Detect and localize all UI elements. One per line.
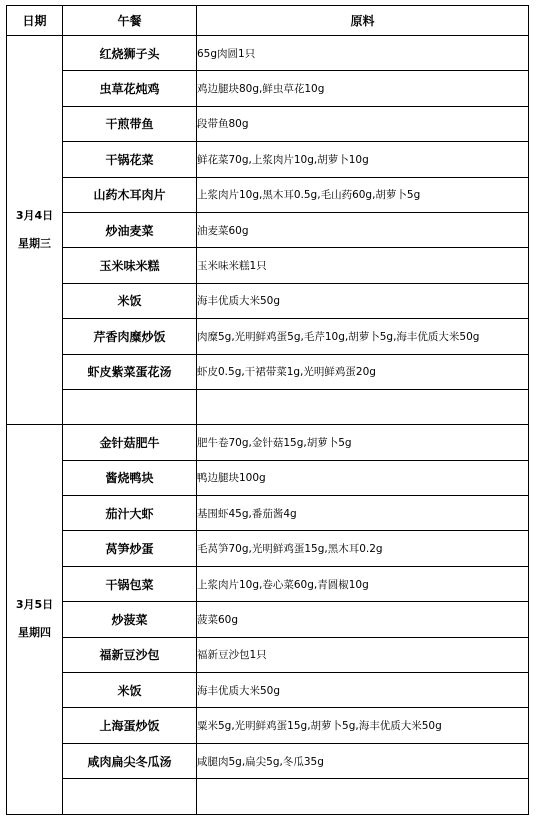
dish-name: 炒油麦菜	[63, 212, 197, 247]
table-row: 虫草花炖鸡鸡边腿块80g,鲜虫草花10g	[7, 71, 529, 106]
ingredients	[197, 389, 529, 424]
dish-name: 山药木耳肉片	[63, 177, 197, 212]
header-lunch: 午餐	[63, 6, 197, 36]
dish-name: 芹香肉糜炒饭	[63, 319, 197, 354]
date-label: 3月5日	[7, 591, 62, 619]
ingredients: 基围虾45g,番茄酱4g	[197, 496, 529, 531]
ingredients: 玉米味米糕1只	[197, 248, 529, 283]
dish-name: 干锅花菜	[63, 142, 197, 177]
dish-name: 金针菇肥牛	[63, 425, 197, 460]
ingredients: 65g肉圆1只	[197, 36, 529, 71]
dish-name: 炒菠菜	[63, 602, 197, 637]
table-row: 米饭海丰优质大米50g	[7, 283, 529, 318]
ingredients: 毛莴笋70g,光明鲜鸡蛋15g,黑木耳0.2g	[197, 531, 529, 566]
dish-name: 上海蛋炒饭	[63, 708, 197, 743]
table-row	[7, 389, 529, 424]
dish-name: 玉米味米糕	[63, 248, 197, 283]
table-row: 3月5日星期四金针菇肥牛肥牛卷70g,金针菇15g,胡萝卜5g	[7, 425, 529, 460]
table-row: 福新豆沙包福新豆沙包1只	[7, 637, 529, 672]
dish-name: 米饭	[63, 673, 197, 708]
dish-name: 茄汁大虾	[63, 496, 197, 531]
weekday-label: 星期三	[7, 230, 62, 258]
table-row: 芹香肉糜炒饭肉糜5g,光明鲜鸡蛋5g,毛芹10g,胡萝卜5g,海丰优质大米50g	[7, 319, 529, 354]
table-row: 咸肉扁尖冬瓜汤咸腿肉5g,扁尖5g,冬瓜35g	[7, 743, 529, 778]
menu-body: 3月4日星期三红烧狮子头65g肉圆1只虫草花炖鸡鸡边腿块80g,鲜虫草花10g干…	[7, 36, 529, 815]
table-row: 茄汁大虾基围虾45g,番茄酱4g	[7, 496, 529, 531]
ingredients	[197, 779, 529, 814]
ingredients: 鸡边腿块80g,鲜虫草花10g	[197, 71, 529, 106]
dish-name: 咸肉扁尖冬瓜汤	[63, 743, 197, 778]
dish-name: 虾皮紫菜蛋花汤	[63, 354, 197, 389]
dish-name: 干锅包菜	[63, 566, 197, 601]
date-cell: 3月5日星期四	[7, 425, 63, 814]
ingredients: 虾皮0.5g,干裙带菜1g,光明鲜鸡蛋20g	[197, 354, 529, 389]
ingredients: 肉糜5g,光明鲜鸡蛋5g,毛芹10g,胡萝卜5g,海丰优质大米50g	[197, 319, 529, 354]
dish-name: 莴笋炒蛋	[63, 531, 197, 566]
table-row: 莴笋炒蛋毛莴笋70g,光明鲜鸡蛋15g,黑木耳0.2g	[7, 531, 529, 566]
table-row: 3月4日星期三红烧狮子头65g肉圆1只	[7, 36, 529, 71]
table-row: 干煎带鱼段带鱼80g	[7, 106, 529, 141]
table-row: 虾皮紫菜蛋花汤虾皮0.5g,干裙带菜1g,光明鲜鸡蛋20g	[7, 354, 529, 389]
dish-name	[63, 779, 197, 814]
date-label: 3月4日	[7, 202, 62, 230]
ingredients: 肥牛卷70g,金针菇15g,胡萝卜5g	[197, 425, 529, 460]
dish-name: 干煎带鱼	[63, 106, 197, 141]
ingredients: 段带鱼80g	[197, 106, 529, 141]
ingredients: 咸腿肉5g,扁尖5g,冬瓜35g	[197, 743, 529, 778]
ingredients: 福新豆沙包1只	[197, 637, 529, 672]
table-row: 干锅包菜上浆肉片10g,卷心菜60g,青圆椒10g	[7, 566, 529, 601]
dish-name: 米饭	[63, 283, 197, 318]
header-row: 日期 午餐 原料	[7, 6, 529, 36]
ingredients: 上浆肉片10g,卷心菜60g,青圆椒10g	[197, 566, 529, 601]
weekday-label: 星期四	[7, 619, 62, 647]
table-row	[7, 779, 529, 814]
ingredients: 鸭边腿块100g	[197, 460, 529, 495]
header-date: 日期	[7, 6, 63, 36]
ingredients: 海丰优质大米50g	[197, 283, 529, 318]
ingredients: 粟米5g,光明鲜鸡蛋15g,胡萝卜5g,海丰优质大米50g	[197, 708, 529, 743]
lunch-menu-table: 日期 午餐 原料 3月4日星期三红烧狮子头65g肉圆1只虫草花炖鸡鸡边腿块80g…	[6, 5, 529, 815]
table-row: 上海蛋炒饭粟米5g,光明鲜鸡蛋15g,胡萝卜5g,海丰优质大米50g	[7, 708, 529, 743]
ingredients: 上浆肉片10g,黑木耳0.5g,毛山药60g,胡萝卜5g	[197, 177, 529, 212]
dish-name	[63, 389, 197, 424]
ingredients: 油麦菜60g	[197, 212, 529, 247]
ingredients: 鲜花菜70g,上浆肉片10g,胡萝卜10g	[197, 142, 529, 177]
dish-name: 虫草花炖鸡	[63, 71, 197, 106]
table-row: 米饭海丰优质大米50g	[7, 673, 529, 708]
table-row: 干锅花菜鲜花菜70g,上浆肉片10g,胡萝卜10g	[7, 142, 529, 177]
table-row: 炒菠菜菠菜60g	[7, 602, 529, 637]
dish-name: 红烧狮子头	[63, 36, 197, 71]
table-row: 炒油麦菜油麦菜60g	[7, 212, 529, 247]
header-ingredients: 原料	[197, 6, 529, 36]
ingredients: 菠菜60g	[197, 602, 529, 637]
dish-name: 福新豆沙包	[63, 637, 197, 672]
ingredients: 海丰优质大米50g	[197, 673, 529, 708]
table-row: 酱烧鸭块鸭边腿块100g	[7, 460, 529, 495]
table-row: 山药木耳肉片上浆肉片10g,黑木耳0.5g,毛山药60g,胡萝卜5g	[7, 177, 529, 212]
dish-name: 酱烧鸭块	[63, 460, 197, 495]
date-cell: 3月4日星期三	[7, 36, 63, 425]
table-row: 玉米味米糕玉米味米糕1只	[7, 248, 529, 283]
